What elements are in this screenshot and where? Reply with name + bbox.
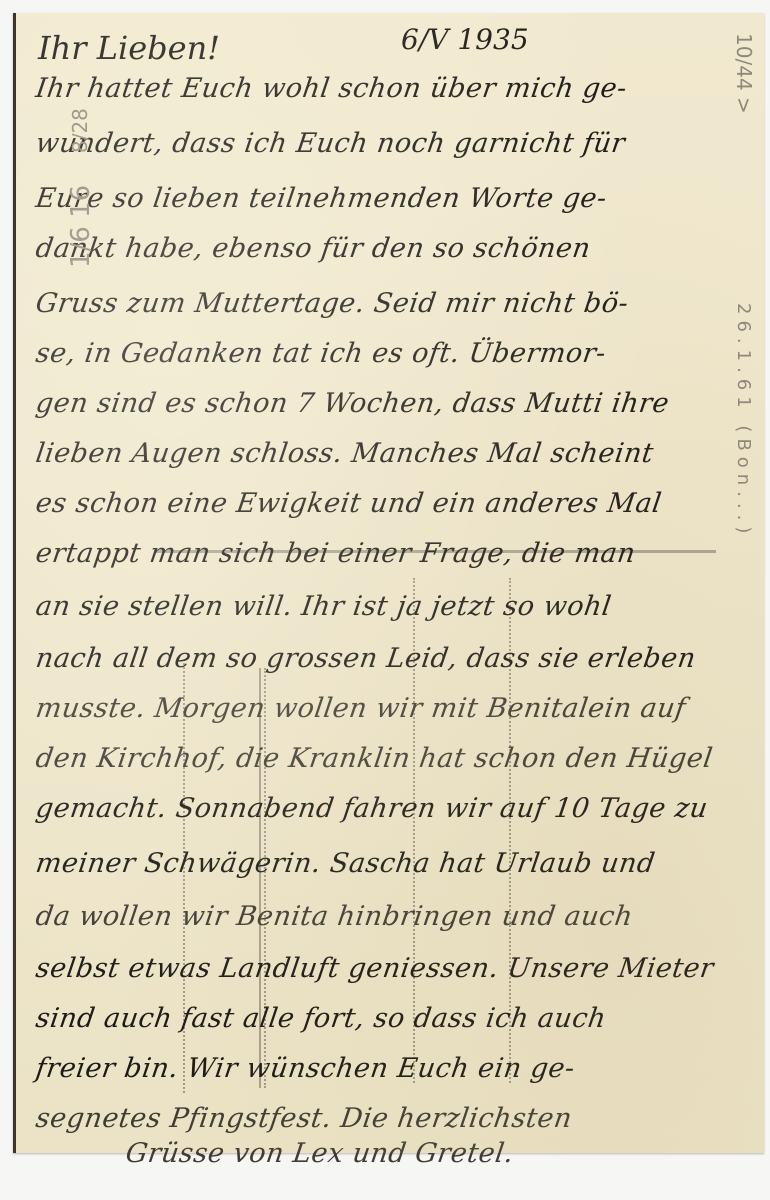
- pencil-note-right-top: 10/44 >: [732, 33, 756, 114]
- body-line: lieben Augen schloss. Manches Mal schein…: [34, 438, 656, 469]
- body-line: se, in Gedanken tat ich es oft. Übermor-: [34, 338, 608, 369]
- body-line: segnetes Pfingstfest. Die herzlichsten: [34, 1103, 574, 1134]
- body-line: ertappt man sich bei einer Frage, die ma…: [34, 538, 638, 569]
- body-line: freier bin. Wir wünschen Euch ein ge-: [34, 1053, 577, 1084]
- body-line: Gruss zum Muttertage. Seid mir nicht bö-: [34, 288, 631, 319]
- pencil-note-left-upper: 8/28: [68, 108, 92, 153]
- body-line: meiner Schwägerin. Sascha hat Urlaub und: [34, 848, 657, 879]
- body-line: selbst etwas Landluft geniessen. Unsere …: [34, 953, 716, 984]
- body-line: an sie stellen will. Ihr ist ja jetzt so…: [34, 591, 614, 622]
- closing-line: Grüsse von Lex und Gretel.: [124, 1138, 516, 1169]
- body-line: Ihr hattet Euch wohl schon über mich ge-: [34, 73, 629, 104]
- body-line: Eure so lieben teilnehmenden Worte ge-: [34, 183, 609, 214]
- body-line: gen sind es schon 7 Wochen, dass Mutti i…: [34, 388, 671, 419]
- letter-date: 6/V 1935: [401, 23, 529, 56]
- body-line: es schon eine Ewigkeit und ein anderes M…: [34, 488, 664, 519]
- body-line: den Kirchhof, die Kranklin hat schon den…: [34, 743, 715, 774]
- body-line: gemacht. Sonnabend fahren wir auf 10 Tag…: [34, 793, 710, 824]
- postcard: Ihr Lieben! 6/V 1935 Ihr hattet Euch woh…: [13, 13, 764, 1153]
- body-line: musste. Morgen wollen wir mit Benitalein…: [34, 693, 688, 724]
- greeting: Ihr Lieben!: [38, 29, 220, 67]
- body-line: wundert, dass ich Euch noch garnicht für: [34, 128, 627, 159]
- pencil-note-right-vertical: 26.1.61 (Bon...): [733, 303, 754, 539]
- body-line: sind auch fast alle fort, so dass ich au…: [34, 1003, 608, 1034]
- body-line: da wollen wir Benita hinbringen und auch: [34, 901, 635, 932]
- body-line: dankt habe, ebenso für den so schönen: [34, 233, 593, 264]
- body-line: nach all dem so grossen Leid, dass sie e…: [34, 643, 698, 674]
- pencil-note-left-lower: 1/6 16: [66, 185, 96, 268]
